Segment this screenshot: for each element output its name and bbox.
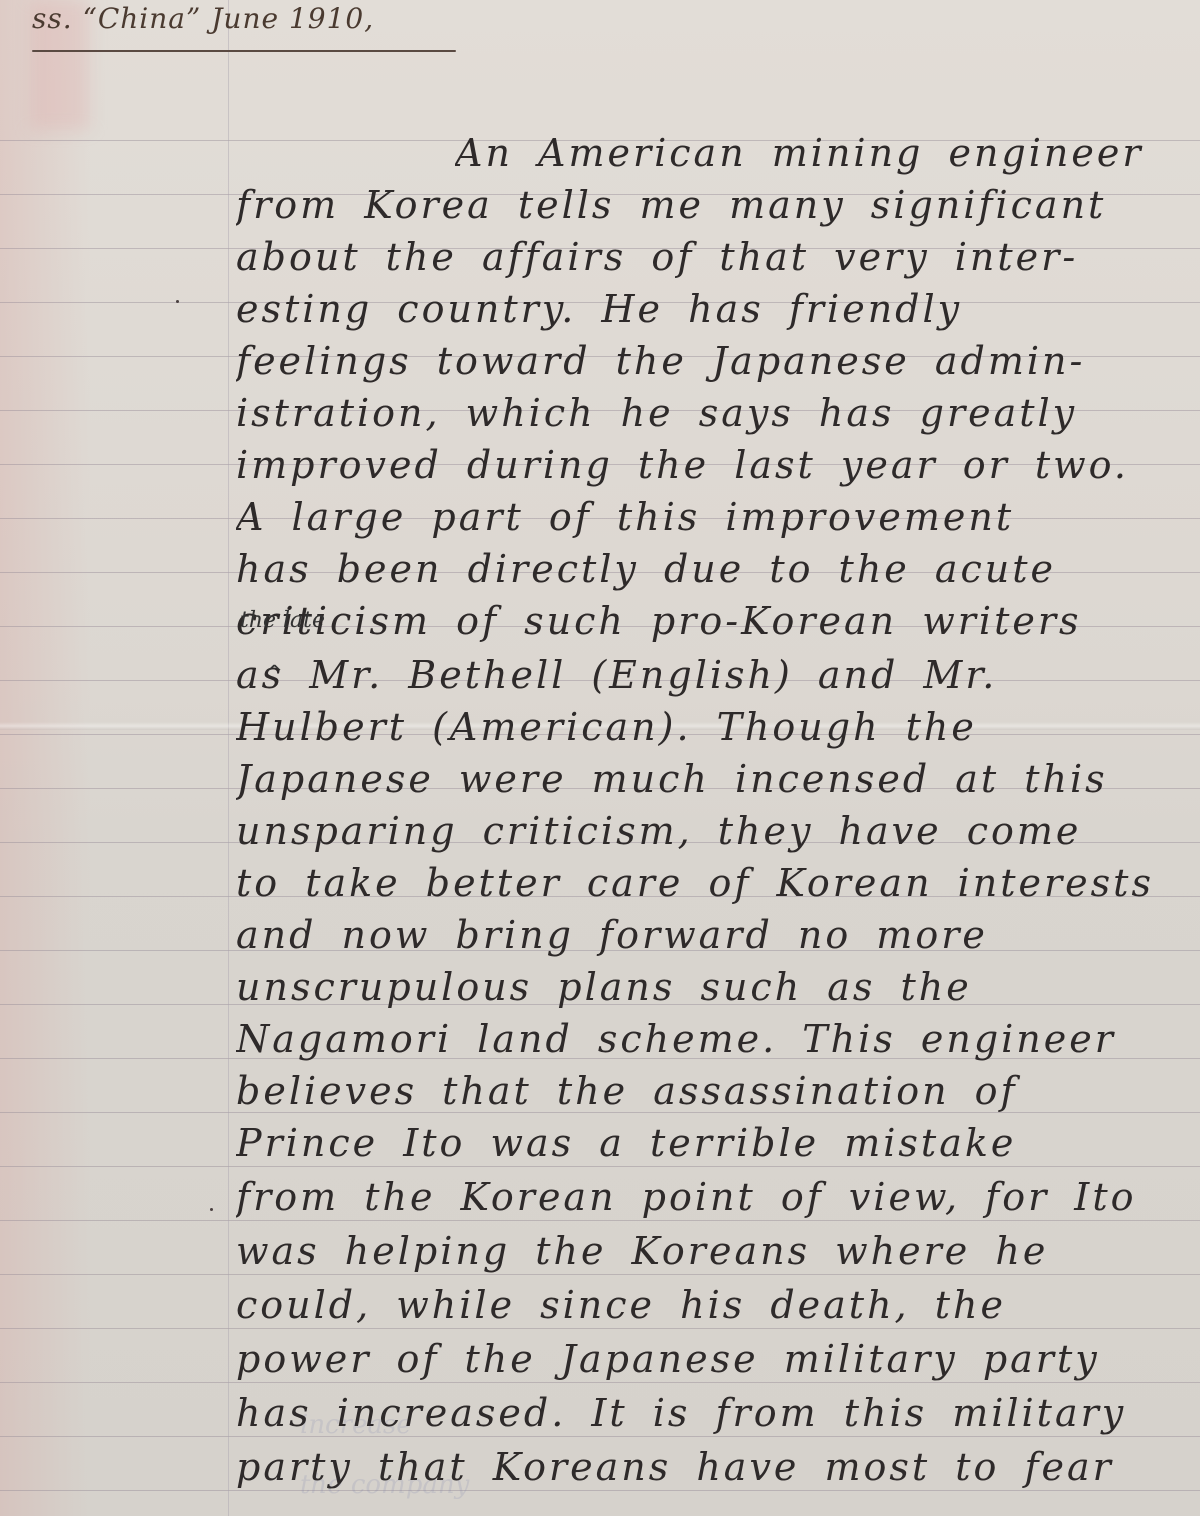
- text-line: esting country. He has friendly: [236, 284, 1200, 334]
- text-line: Hulbert (American). Though the: [236, 702, 1200, 752]
- text-line: about the affairs of that very inter-: [236, 232, 1200, 282]
- text-line: unsparing criticism, they have come: [236, 806, 1200, 856]
- text-line: as Mr. Bethell (English) and Mr.: [236, 650, 1200, 700]
- text-line: power of the Japanese military party: [236, 1334, 1200, 1384]
- text-line: and now bring forward no more: [236, 910, 1200, 960]
- margin-line: [228, 0, 229, 1516]
- text-line: has been directly due to the acute: [236, 544, 1200, 594]
- text-line: criticism of such pro-Korean writers: [236, 596, 1200, 646]
- text-line: Nagamori land scheme. This engineer: [236, 1014, 1200, 1064]
- text-line: has increased. It is from this military: [236, 1388, 1200, 1438]
- text-line: feelings toward the Japanese admin-: [236, 336, 1200, 386]
- text-line: to take better care of Korean interests: [236, 858, 1200, 908]
- text-line: An American mining engineer: [455, 128, 1200, 178]
- text-line: Prince Ito was a terrible mistake: [236, 1118, 1200, 1168]
- text-line: unscrupulous plans such as the: [236, 962, 1200, 1012]
- text-line: improved during the last year or two.: [236, 440, 1200, 490]
- letter-header: ss. “China” June 1910,: [32, 2, 374, 35]
- text-line: istration, which he says has greatly: [236, 388, 1200, 438]
- text-line: was helping the Koreans where he: [236, 1226, 1200, 1276]
- text-line: party that Koreans have most to fear: [236, 1442, 1200, 1492]
- text-line: from the Korean point of view, for Ito: [236, 1172, 1200, 1222]
- text-line: believes that the assassination of: [236, 1066, 1200, 1116]
- text-line: A large part of this improvement: [236, 492, 1200, 542]
- header-underline: [32, 50, 456, 52]
- ink-dot: [176, 300, 179, 303]
- text-line: Japanese were much incensed at this: [236, 754, 1200, 804]
- text-line: from Korea tells me many significant: [236, 180, 1200, 230]
- text-line: could, while since his death, the: [236, 1280, 1200, 1330]
- ink-dot: [210, 1208, 213, 1211]
- insertion-caret: ^: [266, 660, 283, 684]
- interlinear-insertion: the late: [240, 608, 325, 633]
